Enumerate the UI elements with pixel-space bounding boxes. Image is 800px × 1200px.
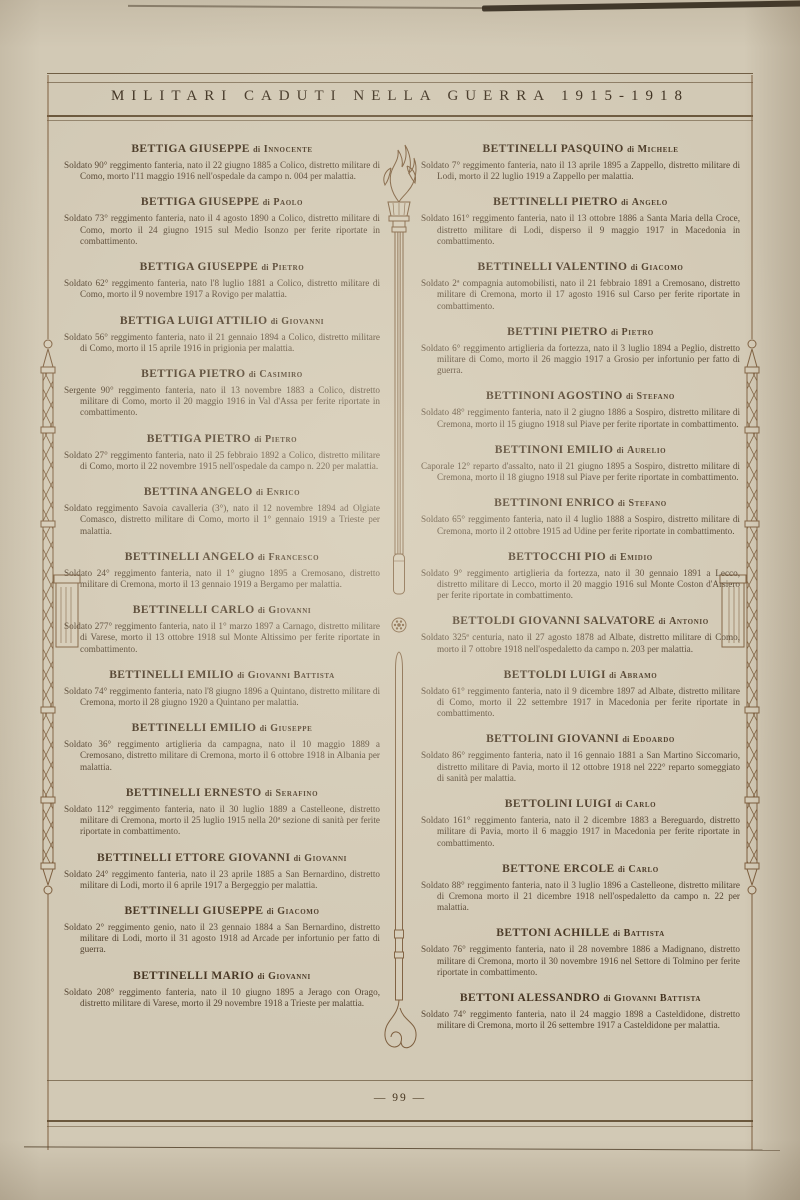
soldier-name-heading: BETTINELLI EMILIO di Giovanni Battista [64, 669, 380, 681]
soldier-record-text: Sergente 90° reggimento fanteria, nato i… [64, 385, 380, 419]
soldier-entry: BETTINELLI MARIO di Giovanni Soldato 208… [64, 970, 380, 1009]
soldier-record-text: Soldato 74° reggimento fanteria, nato l'… [64, 686, 380, 708]
soldier-entry: BETTINI PIETRO di Pietro Soldato 6° regg… [421, 326, 740, 377]
soldier-entry: BETTIGA GIUSEPPE di Innocente Soldato 90… [64, 143, 380, 182]
soldier-record-text: Soldato 208° reggimento fanteria, nato i… [64, 987, 380, 1009]
soldier-name: BETTINELLI CARLO [133, 604, 255, 616]
heading-connector: di [265, 789, 272, 798]
father-name: Edoardo [633, 734, 675, 745]
book-top-edge-shadow [482, 0, 800, 11]
soldier-entry: BETTINELLI GIUSEPPE di Giacomo Soldato 2… [64, 905, 380, 956]
father-name: Giovanni Battista [248, 670, 335, 681]
soldier-record-text: Soldato 61° reggimento fanteria, nato il… [421, 686, 740, 720]
father-name: Giacomo [641, 262, 683, 273]
soldier-name: BETTOCCHI PIO [508, 551, 606, 563]
heading-connector: di [271, 317, 278, 326]
father-name: Antonio [669, 616, 709, 627]
father-name: Carlo [626, 799, 656, 810]
soldier-name: BETTINONI EMILIO [495, 444, 614, 456]
father-name: Giovanni [304, 853, 347, 864]
soldier-name: BETTINELLI ETTORE GIOVANNI [97, 852, 290, 864]
father-name: Emidio [620, 552, 653, 563]
heading-connector: di [609, 553, 616, 562]
soldier-name: BETTINELLI PIETRO [493, 196, 618, 208]
father-name: Pietro [265, 434, 297, 445]
soldier-name: BETTOLDI GIOVANNI SALVATORE [452, 615, 655, 627]
heading-connector: di [626, 392, 633, 401]
soldier-entry: BETTIGA GIUSEPPE di Pietro Soldato 62° r… [64, 261, 380, 300]
soldier-name: BETTINELLI PASQUINO [483, 143, 624, 155]
soldier-name-heading: BETTINONI EMILIO di Aurelio [421, 444, 740, 456]
heading-connector: di [618, 865, 625, 874]
soldier-entry: BETTOLDI GIOVANNI SALVATORE di Antonio S… [421, 615, 740, 654]
soldier-entry: BETTOCCHI PIO di Emidio Soldato 9° reggi… [421, 551, 740, 602]
soldier-name-heading: BETTONI ALESSANDRO di Giovanni Battista [421, 992, 740, 1004]
soldier-entry: BETTONE ERCOLE di Carlo Soldato 88° regg… [421, 863, 740, 914]
soldier-entry: BETTOLINI LUIGI di Carlo Soldato 161° re… [421, 798, 740, 849]
soldier-record-text: Soldato 27° reggimento fanteria, nato il… [64, 450, 380, 472]
soldier-name-heading: BETTINONI ENRICO di Stefano [421, 497, 740, 509]
right-column: BETTINELLI PASQUINO di Michele Soldato 7… [421, 143, 740, 1081]
soldier-name: BETTIGA LUIGI ATTILIO [120, 315, 268, 327]
soldier-name: BETTOLINI GIOVANNI [486, 733, 619, 745]
heading-connector: di [618, 499, 625, 508]
soldier-record-text: Caporale 12° reparto d'assalto, nato il … [421, 461, 740, 483]
heading-connector: di [617, 446, 624, 455]
soldier-record-text: Soldato 74° reggimento fanteria, nato il… [421, 1009, 740, 1031]
soldier-record-text: Soldato 76° reggimento fanteria, nato il… [421, 944, 740, 978]
soldier-name-heading: BETTINELLI GIUSEPPE di Giacomo [64, 905, 380, 917]
soldier-entry: BETTINELLI PASQUINO di Michele Soldato 7… [421, 143, 740, 182]
soldier-record-text: Soldato 277° reggimento fanteria, nato i… [64, 621, 380, 655]
soldier-name: BETTINI PIETRO [507, 326, 608, 338]
soldier-name-heading: BETTINELLI ETTORE GIOVANNI di Giovanni [64, 852, 380, 864]
father-name: Battista [624, 928, 665, 939]
heading-connector: di [253, 145, 260, 154]
soldier-record-text: Soldato 7° reggimento fanteria, nato il … [421, 160, 740, 182]
soldier-record-text: Soldato 24° reggimento fanteria, nato il… [64, 568, 380, 590]
father-name: Angelo [632, 197, 668, 208]
soldier-name-heading: BETTOLDI GIOVANNI SALVATORE di Antonio [421, 615, 740, 627]
father-name: Giovanni [281, 316, 324, 327]
soldier-entry: BETTOLINI GIOVANNI di Edoardo Soldato 86… [421, 733, 740, 784]
soldier-name: BETTIGA GIUSEPPE [141, 196, 260, 208]
soldier-name-heading: BETTINONI AGOSTINO di Stefano [421, 390, 740, 402]
soldier-record-text: Soldato 112° reggimento fanteria, nato i… [64, 804, 380, 838]
soldier-record-text: Soldato 62° reggimento fanteria, nato l'… [64, 278, 380, 300]
father-name: Casimiro [259, 369, 303, 380]
soldier-entry: BETTOLDI LUIGI di Abramo Soldato 61° reg… [421, 669, 740, 720]
footer-heavy-rule [47, 1120, 753, 1122]
soldier-name-heading: BETTIGA GIUSEPPE di Paolo [64, 196, 380, 208]
center-divider-ornament [376, 140, 422, 1080]
footer-top-rule [47, 1080, 753, 1081]
heading-connector: di [260, 724, 267, 733]
soldier-record-text: Soldato 2ª compagnia automobilisti, nato… [421, 278, 740, 312]
soldier-record-text: Soldato 325ª centuria, nato il 27 agosto… [421, 632, 740, 654]
soldier-name-heading: BETTINELLI PASQUINO di Michele [421, 143, 740, 155]
book-top-edge-line [128, 5, 490, 9]
soldier-name: BETTOLDI LUIGI [504, 669, 606, 681]
soldier-entry: BETTINELLI PIETRO di Angelo Soldato 161°… [421, 196, 740, 247]
soldier-name: BETTINONI AGOSTINO [486, 390, 623, 402]
soldier-name: BETTINELLI ANGELO [125, 551, 255, 563]
soldier-entry: BETTINA ANGELO di Enrico Soldato reggime… [64, 486, 380, 537]
left-column: BETTIGA GIUSEPPE di Innocente Soldato 90… [64, 143, 380, 1081]
father-name: Giuseppe [270, 723, 312, 734]
soldier-record-text: Soldato 161° reggimento fanteria, nato i… [421, 213, 740, 247]
soldier-record-text: Soldato 161° reggimento fanteria, nato i… [421, 815, 740, 849]
father-name: Enrico [267, 487, 301, 498]
title-underline-thin [47, 120, 753, 121]
soldier-record-text: Soldato 88° reggimento fanteria, nato il… [421, 880, 740, 914]
father-name: Francesco [268, 552, 319, 563]
soldier-record-text: Soldato 90° reggimento fanteria, nato il… [64, 160, 380, 182]
soldier-record-text: Soldato 2° reggimento genio, nato il 23 … [64, 922, 380, 956]
soldier-record-text: Soldato 24° reggimento fanteria, nato il… [64, 869, 380, 891]
soldier-record-text: Soldato 48° reggimento fanteria, nato il… [421, 407, 740, 429]
father-name: Stefano [628, 498, 666, 509]
rosette-ornament [392, 618, 406, 632]
heading-connector: di [258, 972, 265, 981]
father-name: Serafino [275, 788, 318, 799]
soldier-name-heading: BETTINELLI MARIO di Giovanni [64, 970, 380, 982]
soldier-name-heading: BETTIGA GIUSEPPE di Innocente [64, 143, 380, 155]
soldier-entry: BETTIGA LUIGI ATTILIO di Giovanni Soldat… [64, 315, 380, 354]
father-name: Giovanni [268, 605, 311, 616]
soldier-record-text: Soldato reggimento Savoia cavalleria (3°… [64, 503, 380, 537]
heading-connector: di [262, 263, 269, 272]
frame-top-inner-rule [47, 82, 753, 83]
soldier-entry: BETTINELLI VALENTINO di Giacomo Soldato … [421, 261, 740, 312]
heading-connector: di [294, 854, 301, 863]
frame-top-rule [47, 73, 753, 74]
heading-connector: di [603, 994, 610, 1003]
soldier-record-text: Soldato 36° reggimento artiglieria da ca… [64, 739, 380, 773]
heading-connector: di [627, 145, 634, 154]
father-name: Aurelio [627, 445, 666, 456]
heading-connector: di [256, 488, 263, 497]
heading-connector: di [621, 198, 628, 207]
heading-connector: di [237, 671, 244, 680]
soldier-entry: BETTINONI AGOSTINO di Stefano Soldato 48… [421, 390, 740, 429]
father-name: Pietro [272, 262, 304, 273]
soldier-name: BETTINELLI ERNESTO [126, 787, 262, 799]
father-name: Pietro [622, 327, 654, 338]
father-name: Giovanni [268, 971, 311, 982]
father-name: Giovanni Battista [614, 993, 701, 1004]
soldier-entry: BETTINELLI EMILIO di Giuseppe Soldato 36… [64, 722, 380, 773]
heading-connector: di [613, 929, 620, 938]
father-name: Giacomo [277, 906, 319, 917]
soldier-record-text: Soldato 56° reggimento fanteria, nato il… [64, 332, 380, 354]
soldier-record-text: Soldato 6° reggimento artiglieria da for… [421, 343, 740, 377]
soldier-name-heading: BETTOLINI GIOVANNI di Edoardo [421, 733, 740, 745]
soldier-name: BETTONE ERCOLE [502, 863, 614, 875]
soldier-name-heading: BETTINELLI EMILIO di Giuseppe [64, 722, 380, 734]
soldier-record-text: Soldato 86° reggimento fanteria, nato il… [421, 750, 740, 784]
soldier-entry: BETTIGA PIETRO di Casimiro Sergente 90° … [64, 368, 380, 419]
soldier-entry: BETTINELLI ETTORE GIOVANNI di Giovanni S… [64, 852, 380, 891]
title-underline-heavy [47, 115, 753, 117]
soldier-entry: BETTINONI EMILIO di Aurelio Caporale 12°… [421, 444, 740, 483]
heading-connector: di [258, 606, 265, 615]
soldier-name: BETTOLINI LUIGI [505, 798, 612, 810]
soldier-name: BETTINELLI VALENTINO [478, 261, 628, 273]
sheath-scroll-ornament [385, 652, 416, 1048]
soldier-name: BETTIGA GIUSEPPE [131, 143, 250, 155]
soldier-record-text: Soldato 9° reggimento artiglieria da for… [421, 568, 740, 602]
soldier-entry: BETTIGA PIETRO di Pietro Soldato 27° reg… [64, 433, 380, 472]
soldier-name-heading: BETTONE ERCOLE di Carlo [421, 863, 740, 875]
father-name: Carlo [628, 864, 658, 875]
heading-connector: di [609, 671, 616, 680]
scanned-book-page: { "page": { "title": "MILITARI CADUTI NE… [0, 0, 800, 1200]
soldier-name-heading: BETTINELLI CARLO di Giovanni [64, 604, 380, 616]
soldier-name-heading: BETTOCCHI PIO di Emidio [421, 551, 740, 563]
soldier-name: BETTIGA PIETRO [147, 433, 251, 445]
soldier-name: BETTINELLI MARIO [133, 970, 254, 982]
soldier-name-heading: BETTIGA LUIGI ATTILIO di Giovanni [64, 315, 380, 327]
soldier-name: BETTIGA PIETRO [141, 368, 245, 380]
soldier-entry: BETTIGA GIUSEPPE di Paolo Soldato 73° re… [64, 196, 380, 247]
soldier-entry: BETTONI ALESSANDRO di Giovanni Battista … [421, 992, 740, 1031]
father-name: Paolo [273, 197, 303, 208]
soldier-name-heading: BETTIGA PIETRO di Casimiro [64, 368, 380, 380]
soldier-name: BETTONI ACHILLE [496, 927, 609, 939]
soldier-name-heading: BETTOLDI LUIGI di Abramo [421, 669, 740, 681]
father-name: Stefano [637, 391, 675, 402]
soldier-name-heading: BETTINA ANGELO di Enrico [64, 486, 380, 498]
soldier-name-heading: BETTOLINI LUIGI di Carlo [421, 798, 740, 810]
heading-connector: di [631, 263, 638, 272]
heading-connector: di [659, 617, 666, 626]
soldier-name: BETTIGA GIUSEPPE [140, 261, 259, 273]
soldier-entry: BETTINELLI ERNESTO di Serafino Soldato 1… [64, 787, 380, 838]
soldier-name-heading: BETTIGA PIETRO di Pietro [64, 433, 380, 445]
soldier-name: BETTINELLI EMILIO [109, 669, 234, 681]
page-bottom-edge-line [24, 1146, 780, 1150]
soldier-name-heading: BETTONI ACHILLE di Battista [421, 927, 740, 939]
torch-column-ornament [384, 145, 416, 594]
soldier-name-heading: BETTIGA GIUSEPPE di Pietro [64, 261, 380, 273]
soldier-name-heading: BETTINELLI ERNESTO di Serafino [64, 787, 380, 799]
soldier-name: BETTINELLI EMILIO [132, 722, 257, 734]
heading-connector: di [622, 735, 629, 744]
page-title: MILITARI CADUTI NELLA GUERRA 1915-1918 [0, 88, 800, 105]
soldier-record-text: Soldato 65° reggimento fanteria, nato il… [421, 514, 740, 536]
soldier-entry: BETTINONI ENRICO di Stefano Soldato 65° … [421, 497, 740, 536]
heading-connector: di [263, 198, 270, 207]
heading-connector: di [254, 435, 261, 444]
heading-connector: di [258, 553, 265, 562]
soldier-record-text: Soldato 73° reggimento fanteria, nato il… [64, 213, 380, 247]
soldier-entry: BETTINELLI EMILIO di Giovanni Battista S… [64, 669, 380, 708]
soldier-name-heading: BETTINI PIETRO di Pietro [421, 326, 740, 338]
heading-connector: di [267, 907, 274, 916]
soldier-name: BETTINELLI GIUSEPPE [124, 905, 263, 917]
heading-connector: di [249, 370, 256, 379]
father-name: Innocente [264, 144, 313, 155]
page-number: — 99 — [0, 1092, 800, 1104]
soldier-name: BETTINA ANGELO [144, 486, 253, 498]
footer-thin-rule [47, 1126, 753, 1127]
heading-connector: di [611, 328, 618, 337]
soldier-name-heading: BETTINELLI ANGELO di Francesco [64, 551, 380, 563]
heading-connector: di [615, 800, 622, 809]
soldier-name: BETTINONI ENRICO [494, 497, 614, 509]
father-name: Abramo [620, 670, 658, 681]
soldier-name-heading: BETTINELLI VALENTINO di Giacomo [421, 261, 740, 273]
soldier-entry: BETTINELLI ANGELO di Francesco Soldato 2… [64, 551, 380, 590]
soldier-entry: BETTONI ACHILLE di Battista Soldato 76° … [421, 927, 740, 978]
soldier-name-heading: BETTINELLI PIETRO di Angelo [421, 196, 740, 208]
soldier-entry: BETTINELLI CARLO di Giovanni Soldato 277… [64, 604, 380, 655]
father-name: Michele [638, 144, 679, 155]
soldier-name: BETTONI ALESSANDRO [460, 992, 600, 1004]
